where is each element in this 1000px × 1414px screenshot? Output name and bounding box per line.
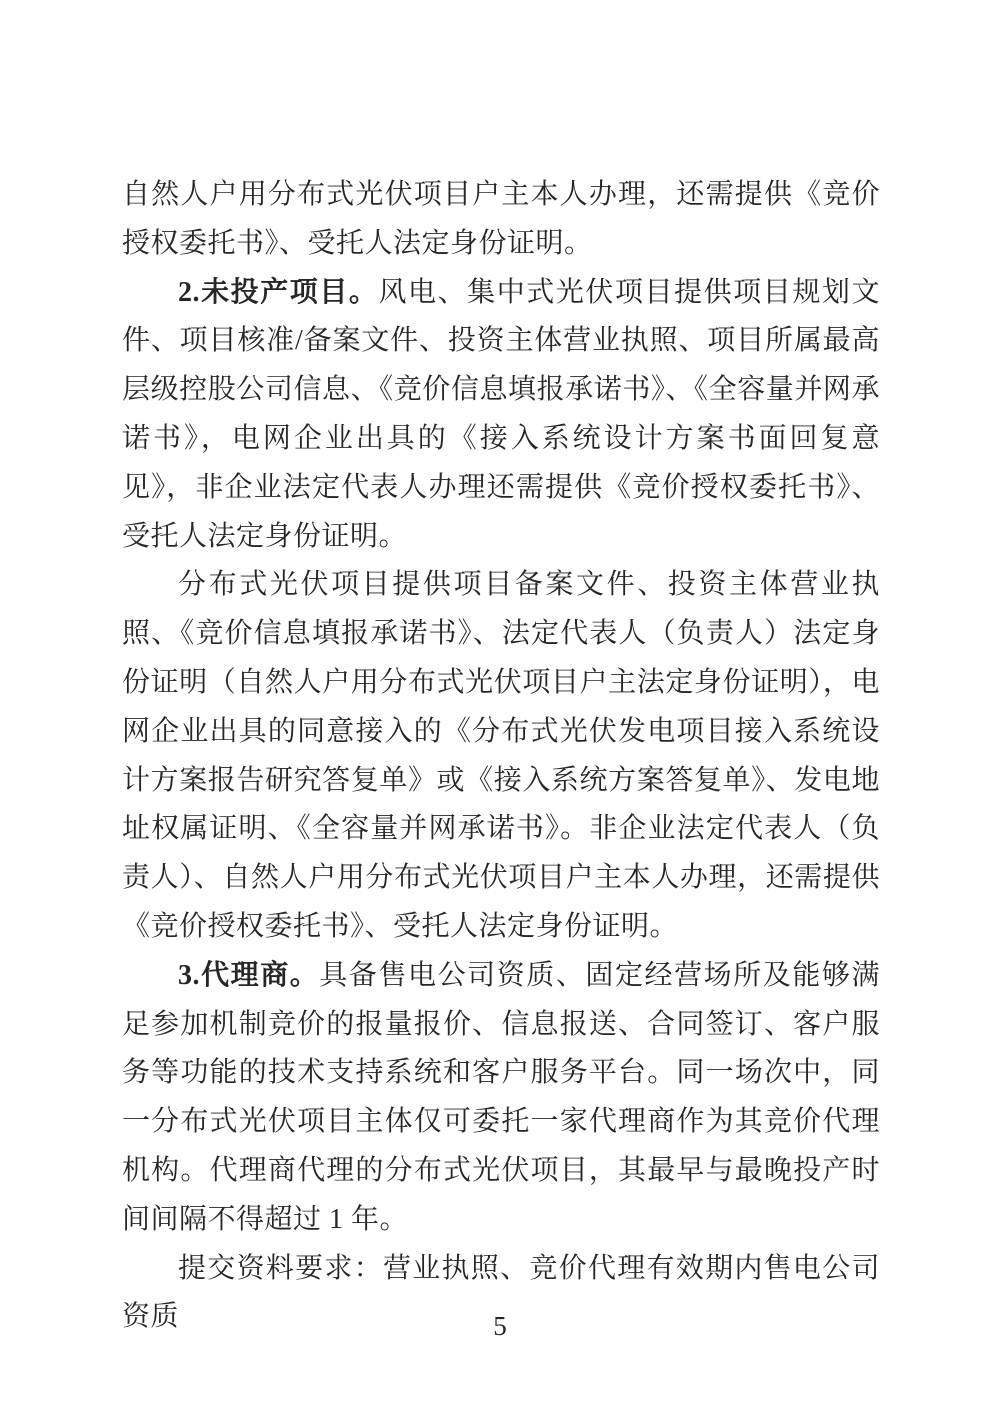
paragraph-unproduced-projects: 2.未投产项目。风电、集中式光伏项目提供项目规划文件、项目核准/备案文件、投资主… bbox=[122, 269, 880, 562]
paragraph-continuation: 自然人户用分布式光伏项目户主本人办理，还需提供《竞价授权委托书》、受托人法定身份… bbox=[122, 171, 880, 269]
document-body: 自然人户用分布式光伏项目户主本人办理，还需提供《竞价授权委托书》、受托人法定身份… bbox=[122, 171, 880, 1342]
paragraph-text: 自然人户用分布式光伏项目户主本人办理，还需提供《竞价授权委托书》、受托人法定身份… bbox=[122, 179, 880, 259]
paragraph-text: 具备售电公司资质、固定经营场所及能够满足参加机制竞价的报量报价、信息报送、合同签… bbox=[122, 960, 880, 1235]
paragraph-text: 分布式光伏项目提供项目备案文件、投资主体营业执照、《竞价信息填报承诺书》、法定代… bbox=[122, 569, 880, 942]
paragraph-text: 风电、集中式光伏项目提供项目规划文件、项目核准/备案文件、投资主体营业执照、项目… bbox=[122, 277, 880, 552]
page-number: 5 bbox=[0, 1306, 1000, 1346]
paragraph-lead-bold: 3.代理商。 bbox=[178, 960, 319, 991]
document-page: 自然人户用分布式光伏项目户主本人办理，还需提供《竞价授权委托书》、受托人法定身份… bbox=[0, 0, 1000, 1414]
paragraph-distributed-pv: 分布式光伏项目提供项目备案文件、投资主体营业执照、《竞价信息填报承诺书》、法定代… bbox=[122, 561, 880, 951]
paragraph-lead-bold: 2.未投产项目。 bbox=[178, 277, 378, 308]
paragraph-agents: 3.代理商。具备售电公司资质、固定经营场所及能够满足参加机制竞价的报量报价、信息… bbox=[122, 952, 880, 1245]
